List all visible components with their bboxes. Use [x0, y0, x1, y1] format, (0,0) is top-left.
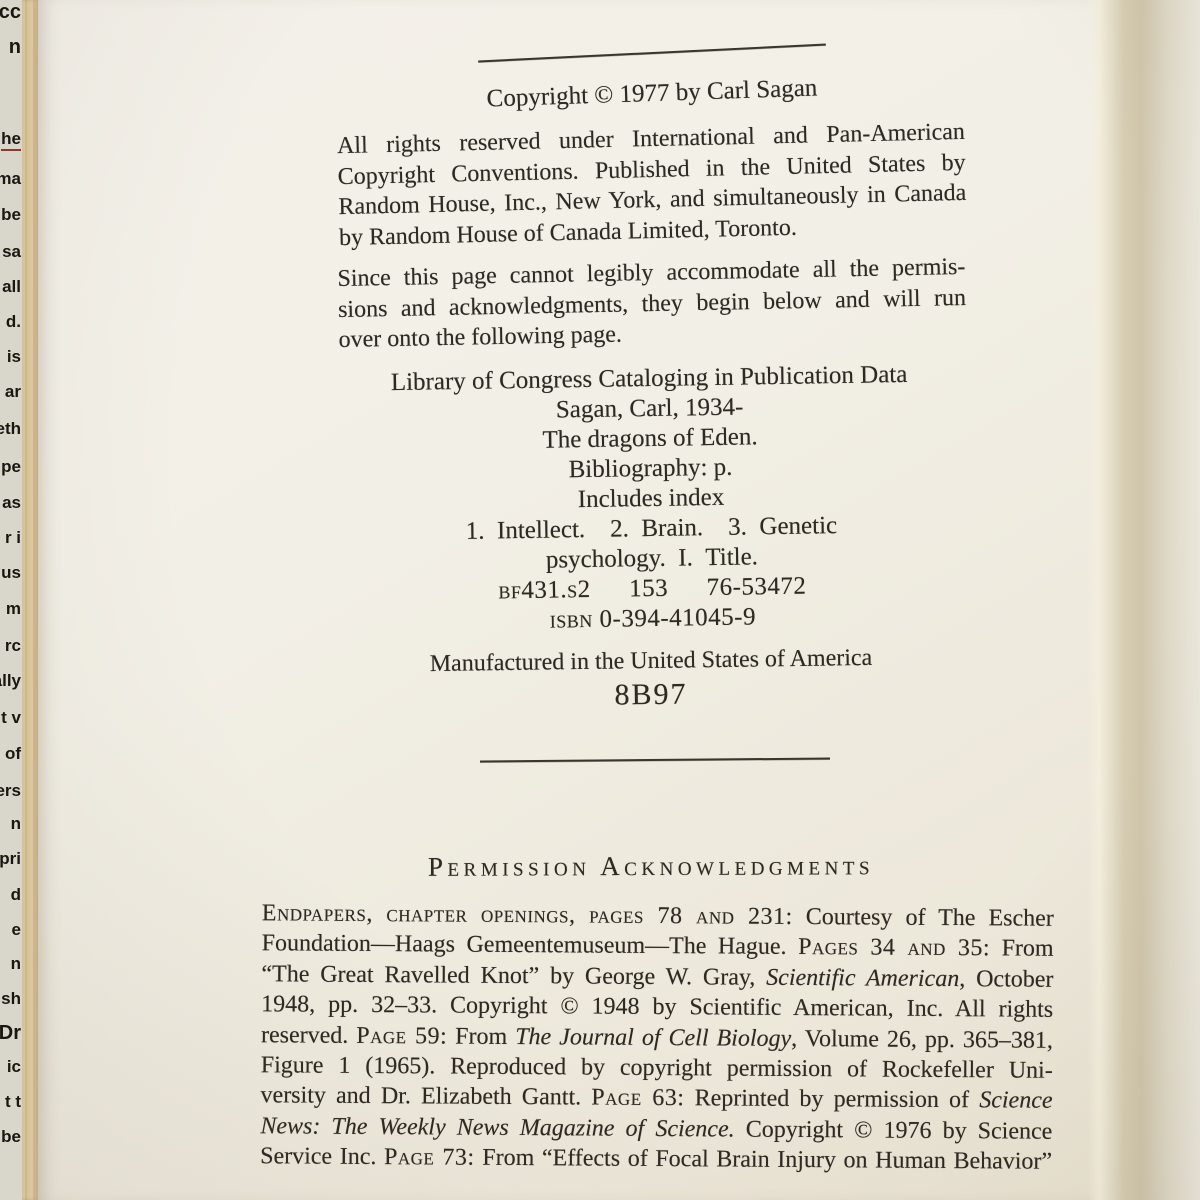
text-fragment: d [11, 886, 21, 903]
text-segment: Includes index [578, 484, 725, 513]
text-segment: Scientific American [766, 965, 959, 992]
text-fragment: m [6, 600, 21, 617]
text-segment: Page 59: [356, 1023, 447, 1050]
text-fragment: ic [7, 1058, 21, 1075]
text-fragment: ally [0, 672, 21, 689]
text-segment: , Volume 26, pp. 365–381, [791, 1026, 1053, 1054]
page-fore-edge [22, 0, 38, 1200]
text-fragment: d. [6, 313, 21, 330]
text-fragment: ma [0, 170, 21, 187]
text-segment: News: The Weekly News Magazine of Scienc… [260, 1113, 734, 1142]
text-segment: 1948, pp. 32–33. Copyright © 1948 by Sci… [261, 991, 1053, 1023]
text-segment: Page 63: [591, 1085, 684, 1112]
text-segment: versity and Dr. Elizabeth Gantt. [260, 1083, 591, 1111]
text-segment: From [447, 1023, 515, 1049]
text-fragment: of [5, 745, 21, 762]
text-fragment: be [1, 206, 21, 223]
text-segment: Sagan, Carl, 1934- [556, 394, 744, 424]
rights-paragraph: All rights reserved under International … [337, 117, 968, 253]
text-fragment: be [1, 1128, 21, 1145]
copyright-line: Copyright © 1977 by Carl Sagan [338, 70, 967, 119]
text-segment: Pages 34 and 35: [798, 934, 990, 961]
text-fragment: is [7, 348, 21, 365]
text-segment: Page 73: [384, 1144, 475, 1171]
text-fragment: sh [1, 990, 21, 1007]
loc-cataloging-block: Library of Congress Cataloging in Public… [296, 358, 1006, 639]
text-segment: Service Inc. [260, 1143, 384, 1170]
text-segment: Foundation—Haags Gemeentemuseum—The Hagu… [262, 931, 799, 961]
acknowledgments-paragraph: Endpapers, chapter openings, pages 78 an… [260, 898, 1054, 1177]
text-segment: Figure 1 (1965). Reproduced by copyright… [261, 1052, 1053, 1084]
text-segment: Bibliography: p. [568, 454, 732, 484]
text-segment: From “Effects of Focal Brain Injury on H… [475, 1145, 1053, 1175]
text-fragment: ar [5, 383, 21, 400]
bottom-rule [480, 757, 830, 762]
text-segment: ISBN 0-394-41045-9 [550, 603, 757, 633]
permission-acknowledgments-heading: Permission Acknowledgments [298, 850, 1004, 883]
text-fragment: he [1, 130, 21, 151]
text-segment: Endpapers, chapter openings, pages 78 an… [262, 900, 793, 930]
text-fragment: pe [1, 458, 21, 475]
text-segment: , October [959, 966, 1053, 993]
text-fragment: e [12, 921, 21, 938]
copyright-page: Copyright © 1977 by Carl Sagan All right… [38, 0, 1200, 1200]
text-segment: 1. Intellect. 2. Brain. 3. Genetic [466, 512, 838, 545]
text-fragment: all [2, 278, 21, 295]
text-segment: Copyright © 1976 by Science [735, 1116, 1053, 1144]
text-segment: BF431.S2 153 76-53472 [498, 573, 806, 605]
text-fragment: n [9, 37, 21, 57]
permissions-note: Since this page cannot legibly accommoda… [337, 252, 967, 356]
text-fragment: rc [5, 637, 21, 654]
text-segment: psychology. I. Title. [546, 543, 758, 573]
text-fragment: as [2, 494, 21, 511]
text-segment: From [990, 936, 1054, 962]
text-fragment: eth [0, 420, 21, 437]
text-line: Service Inc. Page 73: From “Effects of F… [260, 1141, 1052, 1177]
text-fragment: t t [5, 1093, 21, 1110]
text-fragment: us [1, 564, 21, 581]
book-page-photo: Copyright © 1977 by Carl Sagan All right… [0, 0, 1200, 1200]
text-segment: Courtesy of The Escher [793, 904, 1054, 932]
text-fragment: n [11, 955, 21, 972]
text-fragment: Dr [0, 1023, 21, 1043]
text-fragment: ers [0, 782, 21, 799]
adjacent-page-sliver: ccnhemabesaalld.isarethpeasr iusmrcallyt… [0, 0, 22, 1200]
text-fragment: n [11, 815, 21, 832]
text-segment: Science [979, 1088, 1052, 1115]
text-fragment: cc [0, 2, 21, 22]
text-fragment: r i [5, 529, 21, 546]
text-segment: Reprinted by permission of [684, 1086, 979, 1114]
printing-code: 8B97 [298, 673, 1004, 717]
text-segment: The dragons of Eden. [542, 423, 758, 453]
page-gutter-shadow [1088, 0, 1200, 1200]
text-segment: “The Great Ravelled Knot” by George W. G… [261, 961, 766, 991]
top-rule [478, 44, 826, 63]
text-segment: reserved. [261, 1022, 356, 1049]
text-line: 1948, pp. 32–33. Copyright © 1948 by Sci… [261, 989, 1053, 1025]
text-fragment: sa [2, 243, 21, 260]
text-fragment: pri [0, 850, 21, 867]
text-fragment: t v [1, 709, 21, 726]
text-segment: Library of Congress Cataloging in Public… [391, 361, 908, 396]
text-segment: The Journal of Cell Biology [515, 1024, 791, 1052]
